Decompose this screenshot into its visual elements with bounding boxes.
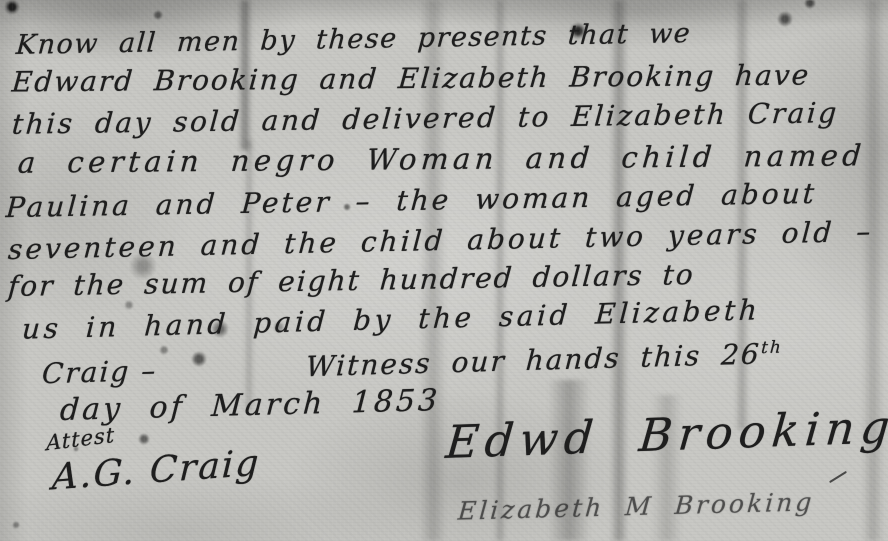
manuscript-line-4: a certain negro Woman and child named bbox=[17, 138, 867, 179]
signature-elizabeth-brooking: Elizabeth M Brooking bbox=[457, 487, 816, 525]
manuscript-line-1: Know all men by these presents that we bbox=[15, 18, 692, 61]
manuscript-line-3: this day sold and delivered to Elizabeth… bbox=[11, 96, 840, 141]
manuscript-line-7: for the sum of eight hundred dollars to bbox=[7, 258, 696, 303]
manuscript-line-9-craig: Craig – bbox=[41, 354, 158, 390]
manuscript-line-9-witness: Witness our hands this 26th bbox=[305, 337, 783, 384]
signature-ag-craig: A.G. Craig bbox=[51, 443, 261, 499]
manuscript-line-2: Edward Brooking and Elizabeth Brooking h… bbox=[11, 59, 812, 99]
manuscript-line-8: us in hand paid by the said Elizabeth bbox=[21, 293, 761, 345]
witness-ordinal: th bbox=[761, 337, 784, 358]
document-page: Know all men by these presents that we E… bbox=[0, 0, 888, 541]
paper-fold-crease bbox=[862, 0, 884, 541]
manuscript-line-9: Craig – Witness our hands this 26th bbox=[0, 334, 888, 399]
witness-text: Witness our hands this 26 bbox=[305, 337, 762, 383]
stray-pen-mark bbox=[829, 471, 847, 483]
signature-edward-brooking: Edwd Brooking bbox=[444, 400, 888, 469]
manuscript-line-6: seventeen and the child about two years … bbox=[7, 215, 874, 266]
attest-label: Attest bbox=[46, 423, 115, 456]
manuscript-line-5: Paulina and Peter – the woman aged about bbox=[5, 177, 818, 224]
